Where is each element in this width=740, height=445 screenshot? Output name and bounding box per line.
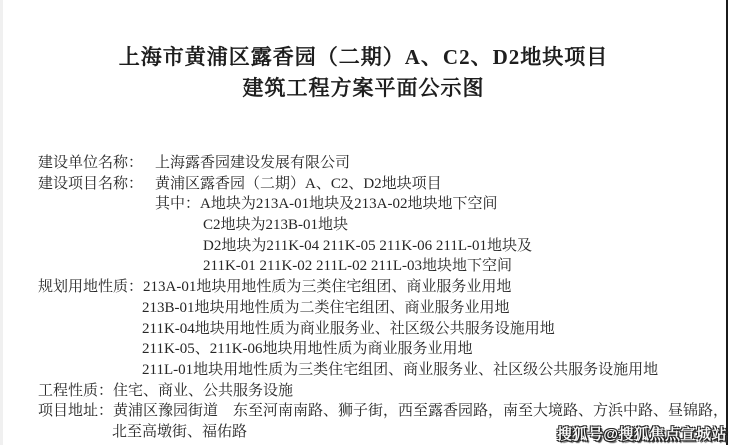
document-title-line-2: 建筑工程方案平面公示图 (0, 73, 727, 104)
notice-document: 上海市黄浦区露香园（二期）A、C2、D2地块项目 建筑工程方案平面公示图 建设单… (0, 0, 740, 445)
planning-land-use-value-4: 211K-05、211K-06地块用地性质为商业服务业用地 (0, 339, 740, 360)
project-name-value: 黄浦区露香园（二期）A、C2、D2地块项目 (155, 176, 442, 192)
field-project-nature: 工程性质：住宅、商业、公共服务设施 (0, 381, 740, 402)
project-nature-value: 住宅、商业、公共服务设施 (113, 383, 293, 399)
document-title-line-1: 上海市黄浦区露香园（二期）A、C2、D2地块项目 (0, 42, 727, 73)
field-project-name: 建设项目名称：黄浦区露香园（二期）A、C2、D2地块项目 (0, 174, 740, 195)
planning-land-use-value-5: 211L-01地块用地性质为三类住宅组团、商业服务业、社区级公共服务设施用地 (0, 360, 740, 381)
construction-unit-value: 上海露香园建设发展有限公司 (155, 155, 350, 171)
planning-land-use-value-2: 213B-01地块用地性质为二类住宅组团、商业服务业用地 (0, 298, 740, 319)
project-detail-line-1: 其中：A地块为213A-01地块及213A-02地块地下空间 (0, 194, 740, 215)
project-detail-line-4: 211K-01 211K-02 211L-02 211L-03地块地下空间 (0, 256, 740, 277)
project-detail-line-3: D2地块为211K-04 211K-05 211K-06 211L-01地块及 (0, 236, 740, 257)
sohu-watermark: 搜狐号@搜狐焦点宣城站 (557, 423, 727, 444)
project-nature-label: 工程性质： (38, 383, 113, 399)
planning-land-use-value-3: 211K-04地块用地性质为商业服务业、社区级公共服务设施用地 (0, 319, 740, 340)
planning-land-use-value-1: 213A-01地块用地性质为三类住宅组团、商业服务业用地 (143, 279, 511, 295)
field-project-address: 项目地址：黄浦区豫园街道 东至河南南路、狮子街，西至露香园路，南至大境路、方浜中… (0, 401, 740, 422)
project-address-value-1: 黄浦区豫园街道 东至河南南路、狮子街，西至露香园路，南至大境路、方浜中路、昼锦路… (113, 403, 728, 419)
project-detail-line-2: C2地块为213B-01地块 (0, 215, 740, 236)
page-border-right (726, 0, 728, 445)
document-body: 建设单位名称：上海露香园建设发展有限公司 建设项目名称：黄浦区露香园（二期）A、… (0, 153, 740, 443)
construction-unit-label: 建设单位名称： (38, 155, 143, 171)
document-title: 上海市黄浦区露香园（二期）A、C2、D2地块项目 建筑工程方案平面公示图 (0, 42, 727, 104)
project-name-label: 建设项目名称： (38, 176, 143, 192)
project-address-label: 项目地址： (38, 403, 113, 419)
field-planning-land-use: 规划用地性质：213A-01地块用地性质为三类住宅组团、商业服务业用地 (0, 277, 740, 298)
field-construction-unit: 建设单位名称：上海露香园建设发展有限公司 (0, 153, 740, 174)
planning-land-use-label: 规划用地性质： (38, 279, 143, 295)
